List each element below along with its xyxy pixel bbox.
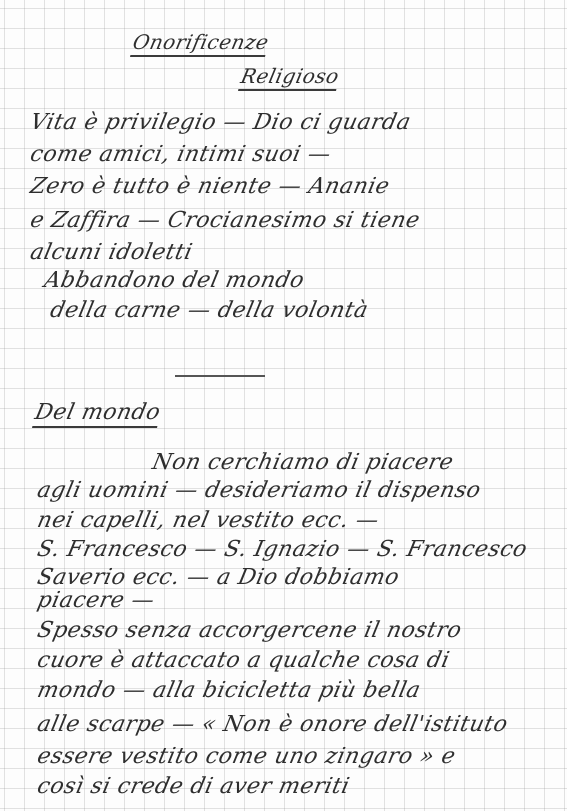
text-line: Abbandono del mondo — [42, 268, 307, 293]
text-line: mondo — alla bicicletta più bella — [35, 678, 423, 703]
text-line: alle scarpe — « Non è onore dell'istitut… — [35, 712, 510, 737]
text-line: Spesso senza accorgercene il nostro — [35, 618, 464, 643]
text-line: essere vestito come uno zingaro » e — [35, 744, 458, 769]
text-line: nei capelli, nel vestito ecc. — — [35, 508, 381, 533]
text-line: così si crede di aver meriti — [35, 774, 352, 799]
text-line: Non cerchiamo di piacere — [150, 450, 456, 475]
text-line: Saverio ecc. — a Dio dobbiamo — [35, 565, 402, 590]
text-line: come amici, intimi suoi — — [28, 142, 333, 167]
notebook-page: Onorificenze Religioso Vita è privilegio… — [0, 0, 567, 811]
text-line: alcuni idoletti — [28, 240, 195, 265]
text-line: agli uomini — desideriamo il dispenso — [35, 478, 483, 503]
text-line: S. Francesco — S. Ignazio — S. Francesco — [35, 537, 530, 562]
text-line: Zero è tutto è niente — Ananie — [28, 174, 392, 199]
text-line: della carne — della volontà — [48, 298, 371, 323]
section-heading: Del mondo — [32, 400, 163, 428]
separator-line — [175, 375, 265, 377]
text-line: cuore è attaccato a qualche cosa di — [35, 648, 452, 673]
page-heading: Onorificenze — [130, 30, 271, 57]
page-subheading: Religioso — [238, 64, 341, 91]
text-line: e Zaffira — Crocianesimo si tiene — [28, 208, 422, 233]
text-line: piacere — — [35, 588, 157, 613]
text-line: Vita è privilegio — Dio ci guarda — [28, 110, 413, 135]
